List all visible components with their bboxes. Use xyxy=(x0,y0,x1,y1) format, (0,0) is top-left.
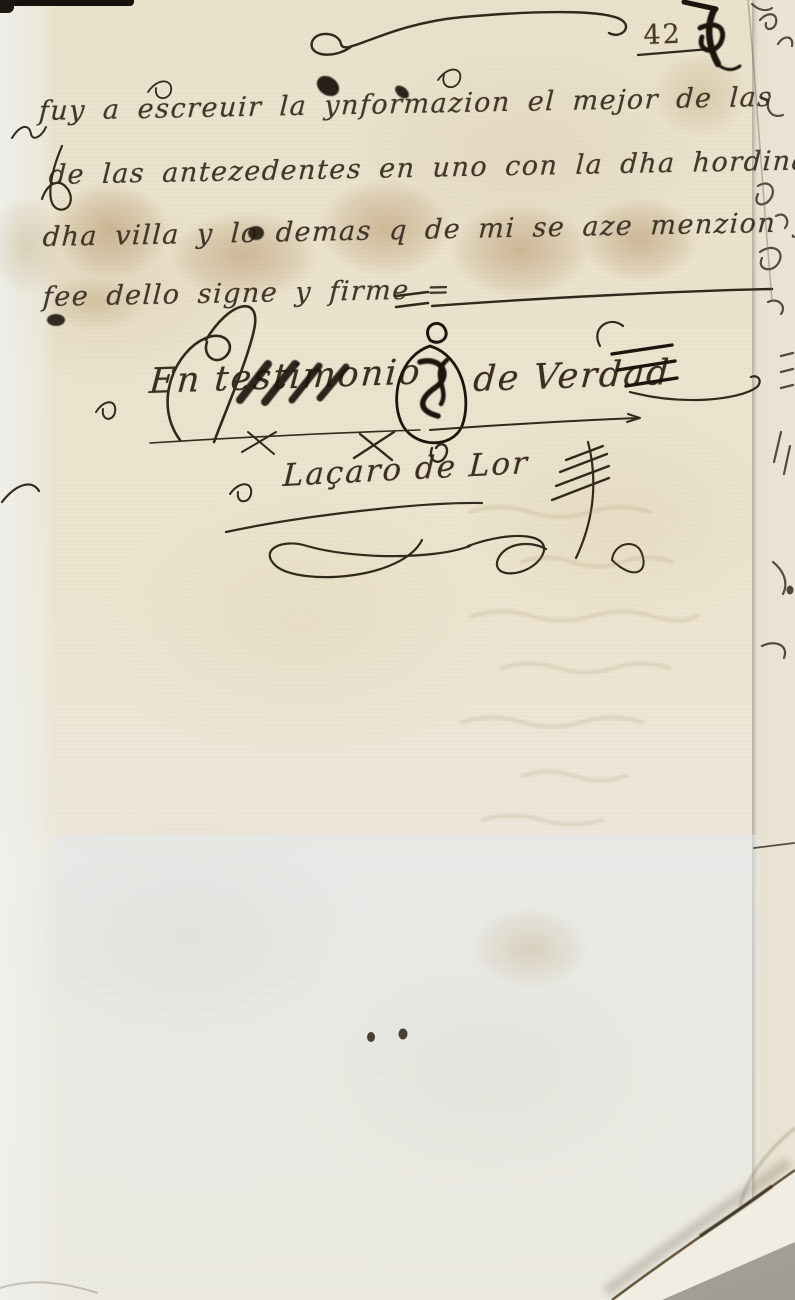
text-line-3: dha villa y lo demas q de mi se aze menz… xyxy=(42,206,795,253)
attestation-left: En testimonio xyxy=(148,352,423,402)
text-line-1: fuy a escreuir la ynformazion el mejor d… xyxy=(38,82,773,127)
water-stain xyxy=(430,190,610,312)
text-line-4: fee dello signe y firme = xyxy=(42,274,452,313)
lower-paper-tone xyxy=(54,835,760,1300)
page-number: 42 xyxy=(643,19,682,51)
signature: Laçaro de Lor xyxy=(282,445,530,494)
manuscript-page: fuy a escreuir la ynformazion el mejor d… xyxy=(0,0,752,1300)
manuscript-scan: fuy a escreuir la ynformazion el mejor d… xyxy=(0,0,795,1300)
scan-corner-edge xyxy=(0,0,14,13)
text-line-2: de las antezedentes en uno con la dha ho… xyxy=(48,143,795,191)
scan-top-edge xyxy=(0,0,134,6)
attestation-right: de Verdad xyxy=(472,353,672,400)
left-paper-strip xyxy=(0,0,56,1300)
